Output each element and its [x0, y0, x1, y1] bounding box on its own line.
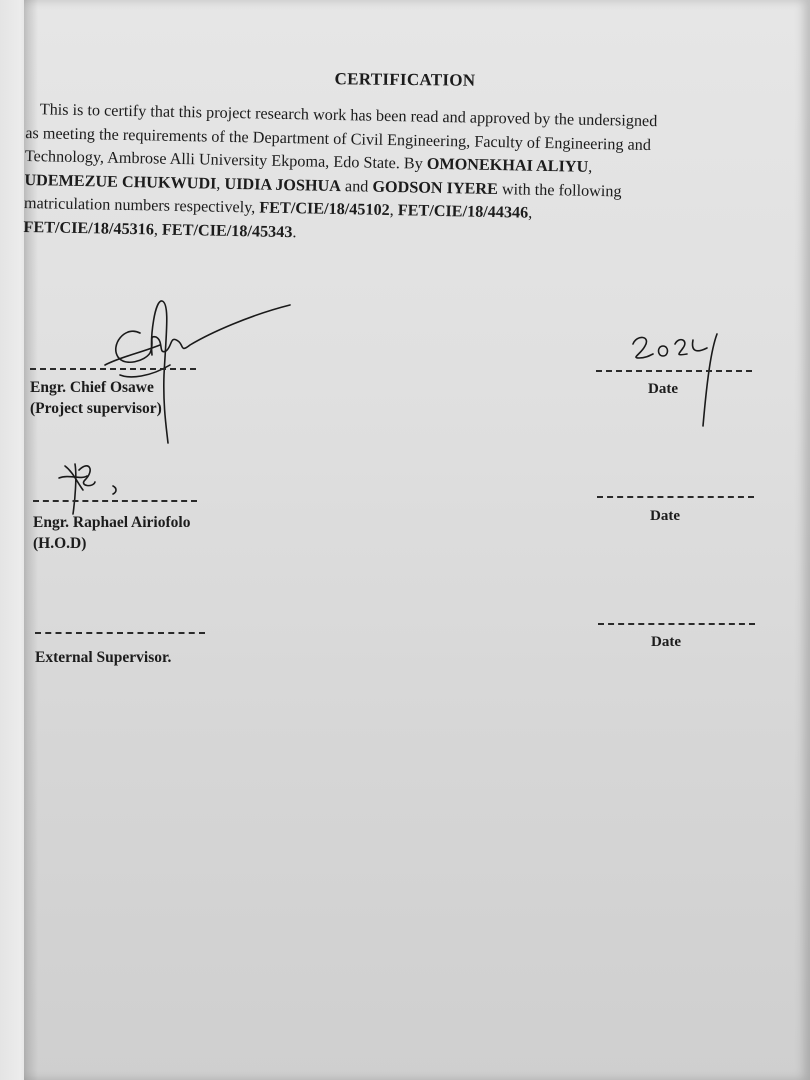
signature-line [35, 632, 205, 634]
signatory-supervisor: Engr. Chief Osawe (Project supervisor) [30, 377, 162, 419]
certification-paragraph: This is to certify that this project res… [23, 98, 766, 253]
signature-line [30, 368, 196, 370]
date-label: Date [651, 634, 681, 651]
matric-number: FET/CIE/18/45102 [259, 199, 390, 220]
signatory-name: External Supervisor. [35, 647, 171, 668]
signatory-hod: Engr. Raphael Airiofolo (H.O.D) [33, 512, 190, 554]
hod-signature [55, 460, 135, 516]
student-name: GODSON IYERE [372, 177, 498, 197]
signatory-role: (H.O.D) [33, 533, 190, 554]
supervisor-signature [100, 295, 300, 445]
date-line [598, 623, 755, 625]
date-label: Date [648, 381, 678, 398]
page-title: CERTIFICATION [0, 66, 810, 94]
signatory-role: (Project supervisor) [30, 398, 162, 419]
signature-line [33, 500, 197, 502]
matric-number: FET/CIE/18/44346 [398, 201, 529, 222]
matric-number: FET/CIE/18/45316 [23, 217, 154, 238]
date-label: Date [650, 508, 680, 525]
student-name: OMONEKHAI ALIYU [427, 155, 589, 176]
handwritten-date [625, 330, 725, 430]
certification-content: CERTIFICATION This is to certify that th… [0, 0, 810, 1080]
signatory-external: External Supervisor. [35, 647, 171, 668]
matric-number: FET/CIE/18/45343 [162, 220, 293, 241]
student-name: UIDIA JOSHUA [224, 174, 341, 194]
date-line [596, 370, 752, 372]
date-line [597, 496, 754, 498]
signatory-name: Engr. Raphael Airiofolo [33, 512, 190, 533]
signatory-name: Engr. Chief Osawe [30, 377, 162, 398]
student-name: UDEMEZUE CHUKWUDI [24, 170, 216, 192]
